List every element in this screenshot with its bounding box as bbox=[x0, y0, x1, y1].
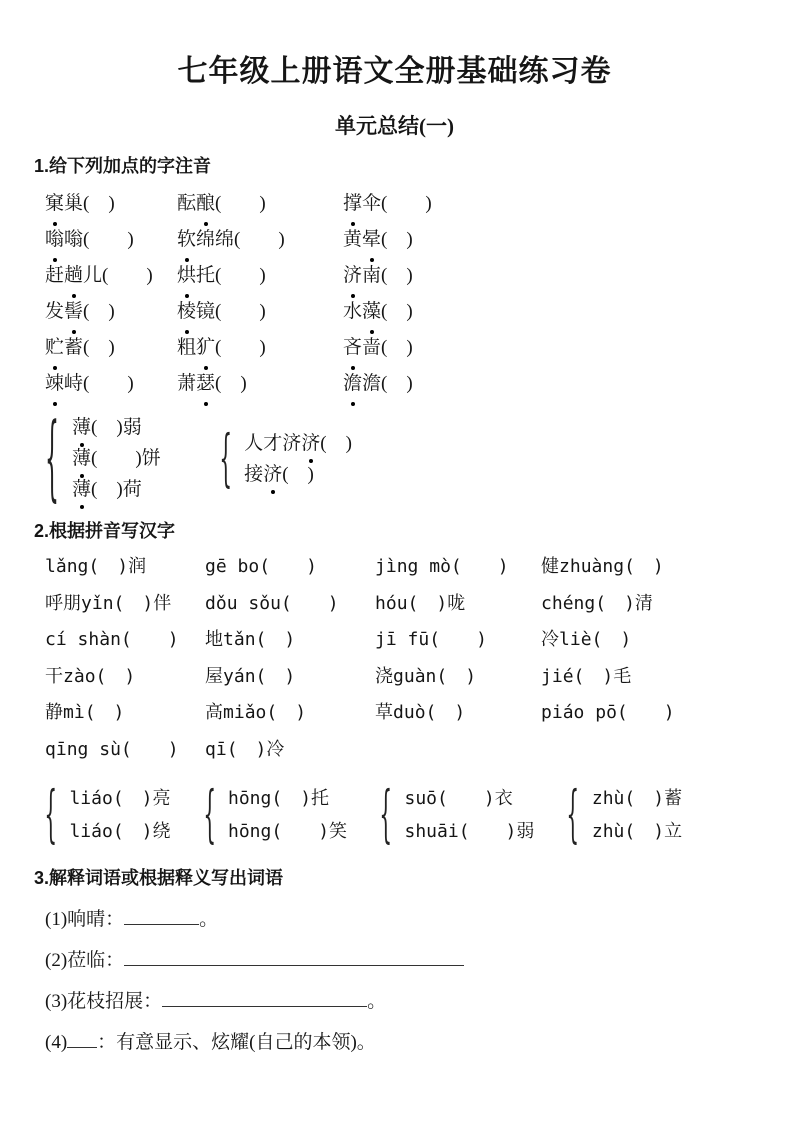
section-3: 3.解释词语或根据释义写出词语 (1)响晴：。(2)莅临：(3)花枝招展：。(4… bbox=[34, 866, 755, 1054]
char: ) bbox=[465, 659, 476, 696]
char: 嗡 bbox=[64, 222, 83, 258]
phrase-text: 烘托( ) bbox=[177, 265, 266, 286]
char: d bbox=[393, 695, 404, 732]
section-3-heading: 3.解释词语或根据释义写出词语 bbox=[34, 866, 755, 890]
char: p bbox=[595, 695, 606, 732]
char: è bbox=[581, 622, 592, 659]
char: ) bbox=[506, 815, 517, 848]
char: ( bbox=[451, 549, 462, 586]
bracket-group: {liáo( )亮liáo( )绕 bbox=[38, 782, 171, 848]
phrase-text: 竦峙( ) bbox=[45, 373, 134, 394]
char bbox=[387, 186, 406, 222]
char: à bbox=[74, 659, 85, 696]
char: à bbox=[415, 659, 426, 696]
phrase-text: 健zhuàng( ) bbox=[541, 556, 664, 577]
emphasis-dot-char: 瑟 bbox=[196, 366, 215, 402]
char: n bbox=[397, 549, 408, 586]
char: u bbox=[581, 549, 592, 586]
char: z bbox=[559, 549, 570, 586]
char: 冷 bbox=[541, 622, 559, 659]
char: ì bbox=[386, 549, 397, 586]
char: o bbox=[102, 782, 113, 815]
char bbox=[387, 258, 406, 294]
phrase-cell: 高miǎo( ) bbox=[205, 695, 375, 732]
section-1-bracket-row: {薄( )弱薄( )饼薄( )荷{人才济济( )接济( ) bbox=[38, 412, 755, 505]
char: u bbox=[415, 782, 426, 815]
char: ) bbox=[624, 586, 635, 623]
char: é bbox=[563, 586, 574, 623]
char: ) bbox=[259, 294, 265, 330]
char: ō bbox=[239, 815, 250, 848]
char: á bbox=[234, 659, 245, 696]
char bbox=[221, 186, 240, 222]
char: ( bbox=[436, 659, 447, 696]
char: ) bbox=[328, 586, 339, 623]
char: ) bbox=[476, 622, 487, 659]
emphasis-dot-char: 犷 bbox=[196, 330, 215, 366]
section-1-heading: 1.给下列加点的字注音 bbox=[34, 154, 755, 178]
char: g bbox=[205, 549, 216, 586]
char: m bbox=[223, 695, 234, 732]
phrase-cell: jī fū( ) bbox=[375, 622, 541, 659]
char bbox=[418, 549, 429, 586]
char: ǐ bbox=[92, 586, 103, 623]
char: ) bbox=[602, 659, 613, 696]
char: j bbox=[375, 549, 386, 586]
bracket-group: {hōng( )托hōng( )笑 bbox=[197, 782, 348, 848]
section-2-bracket-row: {liáo( )亮liáo( )绕{hōng( )托hōng( )笑{suō( … bbox=[38, 782, 755, 848]
char: ) bbox=[124, 659, 135, 696]
phrase-cell: 澹澹( ) bbox=[343, 366, 755, 402]
phrase-cell: 撑伞( ) bbox=[343, 186, 755, 222]
char: ) bbox=[142, 782, 153, 815]
phrase-cell: 黄晕( ) bbox=[343, 222, 755, 258]
char: ( bbox=[227, 732, 238, 769]
phrase-text: 萧瑟( ) bbox=[177, 373, 247, 394]
char: 静 bbox=[45, 695, 63, 732]
phrase-text: 高miǎo( ) bbox=[205, 702, 306, 723]
phrase-cell: qīng sù( ) bbox=[45, 732, 205, 769]
char bbox=[108, 222, 127, 258]
char bbox=[292, 586, 310, 623]
char: ē bbox=[216, 549, 227, 586]
phrase-cell: chéng( )清 bbox=[541, 586, 755, 623]
char bbox=[108, 258, 127, 294]
char: ǒ bbox=[259, 586, 270, 623]
char: d bbox=[205, 586, 216, 623]
char bbox=[277, 695, 295, 732]
char: n bbox=[110, 622, 121, 659]
char bbox=[406, 186, 425, 222]
char: q bbox=[205, 732, 216, 769]
bracket-line: 薄( )荷 bbox=[72, 474, 161, 505]
phrase-cell: jìng mò( ) bbox=[375, 549, 541, 586]
char: h bbox=[228, 782, 239, 815]
char bbox=[240, 222, 259, 258]
char: ) bbox=[308, 459, 314, 490]
phrase-text: 地tǎn( ) bbox=[205, 629, 295, 650]
char bbox=[97, 474, 116, 505]
phrase-text: 赶趟儿( ) bbox=[45, 265, 153, 286]
char: 啬 bbox=[362, 330, 381, 366]
char: h bbox=[88, 622, 99, 659]
char: 草 bbox=[375, 695, 393, 732]
char: ) bbox=[653, 549, 664, 586]
char: é bbox=[563, 659, 574, 696]
phrase-cell: 屋yán( ) bbox=[205, 659, 375, 696]
char: ) bbox=[284, 622, 295, 659]
char bbox=[584, 695, 595, 732]
char: g bbox=[78, 549, 89, 586]
char: ) bbox=[406, 222, 412, 258]
char: 冷 bbox=[266, 732, 284, 769]
char: ù bbox=[614, 815, 625, 848]
char: n bbox=[245, 659, 256, 696]
char bbox=[436, 695, 454, 732]
char: 浇 bbox=[375, 659, 393, 696]
char bbox=[462, 549, 480, 586]
bracket-line: liáo( )绕 bbox=[69, 815, 170, 848]
char: n bbox=[574, 586, 585, 623]
phrase-cell: 干zào( ) bbox=[45, 659, 205, 696]
char: 赶 bbox=[45, 258, 64, 294]
phrase-cell: piáo pō( ) bbox=[541, 695, 755, 732]
char bbox=[387, 294, 406, 330]
char: 水 bbox=[343, 294, 362, 330]
char: á bbox=[563, 695, 574, 732]
char: 饼 bbox=[142, 443, 161, 474]
char bbox=[300, 815, 318, 848]
char: ā bbox=[437, 815, 448, 848]
char: 澹 bbox=[362, 366, 381, 402]
emphasis-dot-char: 竦 bbox=[45, 366, 64, 402]
char bbox=[97, 412, 116, 443]
char bbox=[327, 428, 346, 459]
answer-blank bbox=[124, 905, 199, 925]
char bbox=[132, 622, 150, 659]
char: ) bbox=[318, 815, 329, 848]
char bbox=[221, 258, 240, 294]
bracket-line: zhù( )蓄 bbox=[592, 782, 682, 815]
phrase-cell: 健zhuàng( ) bbox=[541, 549, 755, 586]
char: i bbox=[570, 622, 581, 659]
char: z bbox=[592, 782, 603, 815]
char: ( bbox=[624, 782, 635, 815]
char: t bbox=[223, 622, 234, 659]
char bbox=[88, 732, 99, 769]
phrase-text: 嗡嗡( ) bbox=[45, 229, 134, 250]
char: ( bbox=[88, 549, 99, 586]
char bbox=[240, 186, 259, 222]
phrase-cell: 水藻( ) bbox=[343, 294, 755, 330]
emphasis-dot-char: 软 bbox=[177, 222, 196, 258]
char: ( bbox=[256, 622, 267, 659]
emphasis-dot-char: 髻 bbox=[64, 294, 83, 330]
char: ( bbox=[259, 549, 270, 586]
phrase-cell: 赶趟儿( ) bbox=[45, 258, 177, 294]
phrase-text: hōng( )托 bbox=[228, 788, 329, 809]
char: 朋 bbox=[63, 586, 81, 623]
char: n bbox=[67, 549, 78, 586]
phrase-cell: 粗犷( ) bbox=[177, 330, 343, 366]
char: i bbox=[234, 695, 245, 732]
char: ( bbox=[113, 782, 124, 815]
definition-text: ：有意显示、炫耀(自己的本领)。 bbox=[97, 1032, 376, 1053]
char: ) bbox=[259, 330, 265, 366]
char: ī bbox=[216, 732, 227, 769]
phrase-cell: 窠巢( ) bbox=[45, 186, 177, 222]
char: ) bbox=[653, 782, 664, 815]
char: ) bbox=[454, 695, 465, 732]
char: s bbox=[404, 782, 415, 815]
char: ) bbox=[142, 815, 153, 848]
char: 绕 bbox=[153, 815, 171, 848]
phrase-text: jī fū( ) bbox=[375, 629, 487, 650]
char: 巢 bbox=[64, 186, 83, 222]
phrase-text: 窠巢( ) bbox=[45, 193, 115, 214]
char: ū bbox=[418, 622, 429, 659]
char: ì bbox=[74, 695, 85, 732]
char: 弱 bbox=[516, 815, 534, 848]
char: o bbox=[248, 549, 259, 586]
char: u bbox=[270, 586, 281, 623]
char: n bbox=[426, 659, 437, 696]
char bbox=[221, 366, 240, 402]
phrase-text: suō( )衣 bbox=[404, 788, 512, 809]
char: ) bbox=[484, 782, 495, 815]
char: 健 bbox=[541, 549, 559, 586]
char: ) bbox=[346, 428, 352, 459]
char: 伴 bbox=[153, 586, 171, 623]
char: s bbox=[248, 586, 259, 623]
emphasis-dot-char: 薄 bbox=[72, 412, 91, 443]
char: y bbox=[81, 586, 92, 623]
definition-text: (2)莅临： bbox=[45, 950, 124, 971]
char bbox=[289, 459, 308, 490]
char: ) bbox=[425, 186, 431, 222]
char: 托 bbox=[311, 782, 329, 815]
char bbox=[447, 659, 465, 696]
char: 润 bbox=[128, 549, 146, 586]
char bbox=[132, 732, 150, 769]
char bbox=[97, 443, 116, 474]
char: 人 bbox=[244, 428, 263, 459]
char: ī bbox=[386, 622, 397, 659]
char: s bbox=[78, 622, 89, 659]
phrase-text: 静mì( ) bbox=[45, 702, 124, 723]
char bbox=[397, 622, 408, 659]
phrase-cell: 贮蓄( ) bbox=[45, 330, 177, 366]
char bbox=[488, 815, 506, 848]
char: n bbox=[67, 732, 78, 769]
phrase-text: 酝酿( ) bbox=[177, 193, 266, 214]
phrase-text: qīng sù( ) bbox=[45, 739, 179, 760]
char: ( bbox=[121, 732, 132, 769]
char: ( bbox=[256, 659, 267, 696]
bracket-lines: 人才济济( )接济( ) bbox=[244, 428, 352, 490]
char: o bbox=[102, 815, 113, 848]
char bbox=[89, 366, 108, 402]
char: s bbox=[404, 815, 415, 848]
char bbox=[108, 366, 127, 402]
definition-line: (4)：有意显示、炫耀(自己的本领)。 bbox=[45, 1028, 755, 1054]
char: ) bbox=[108, 294, 114, 330]
char: 托 bbox=[196, 258, 215, 294]
emphasis-dot-char: 济 bbox=[343, 258, 362, 294]
char: 弱 bbox=[123, 412, 142, 443]
worksheet-subtitle: 单元总结(一) bbox=[34, 110, 755, 140]
char bbox=[470, 815, 488, 848]
char: ) bbox=[436, 586, 447, 623]
char: h bbox=[603, 815, 614, 848]
char bbox=[221, 330, 240, 366]
phrase-cell: hóu( )咙 bbox=[375, 586, 541, 623]
phrase-cell bbox=[541, 732, 755, 769]
worksheet-title: 七年级上册语文全册基础练习卷 bbox=[34, 46, 755, 90]
phrase-text: 棱镜( ) bbox=[177, 301, 266, 322]
char: 咙 bbox=[447, 586, 465, 623]
char: h bbox=[415, 815, 426, 848]
char: 萧 bbox=[177, 366, 196, 402]
emphasis-dot-char: 藻 bbox=[362, 294, 381, 330]
char: i bbox=[552, 695, 563, 732]
char: ) bbox=[284, 659, 295, 696]
char: ( bbox=[121, 622, 132, 659]
char: 笑 bbox=[329, 815, 347, 848]
char: 黄 bbox=[343, 222, 362, 258]
phrase-cell: 静mì( ) bbox=[45, 695, 205, 732]
char bbox=[99, 549, 117, 586]
char: ) bbox=[300, 782, 311, 815]
char bbox=[635, 815, 653, 848]
char: c bbox=[45, 622, 56, 659]
char bbox=[387, 222, 406, 258]
char bbox=[89, 222, 108, 258]
char: u bbox=[426, 815, 437, 848]
left-brace-icon: { bbox=[203, 779, 216, 850]
char: ) bbox=[306, 549, 317, 586]
phrase-cell: 软绵绵( ) bbox=[177, 222, 343, 258]
char bbox=[89, 330, 108, 366]
char: n bbox=[103, 586, 114, 623]
char bbox=[288, 549, 306, 586]
char: o bbox=[256, 695, 267, 732]
char: 毛 bbox=[613, 659, 631, 696]
bracket-lines: 薄( )弱薄( )饼薄( )荷 bbox=[72, 412, 161, 505]
char: 接 bbox=[244, 459, 263, 490]
char: ǎ bbox=[56, 549, 67, 586]
phrase-text: 冷liè( ) bbox=[541, 629, 631, 650]
char: ( bbox=[426, 695, 437, 732]
phrase-text: 粗犷( ) bbox=[177, 337, 266, 358]
bracket-line: liáo( )亮 bbox=[69, 782, 170, 815]
char: ) bbox=[278, 222, 284, 258]
phrase-text: hōng( )笑 bbox=[228, 821, 347, 842]
char: 峙 bbox=[64, 366, 83, 402]
char: ) bbox=[146, 258, 152, 294]
char bbox=[150, 732, 168, 769]
char: 屋 bbox=[205, 659, 223, 696]
char: ( bbox=[595, 586, 606, 623]
char: ō bbox=[606, 695, 617, 732]
bracket-lines: zhù( )蓄zhù( )立 bbox=[592, 782, 682, 848]
section-3-lines: (1)响晴：。(2)莅临：(3)花枝招展：。(4)：有意显示、炫耀(自己的本领)… bbox=[34, 905, 755, 1054]
char bbox=[266, 622, 284, 659]
char: l bbox=[69, 782, 80, 815]
char bbox=[440, 622, 458, 659]
emphasis-dot-char: 济 bbox=[301, 428, 320, 459]
phrase-text: 薄( )荷 bbox=[72, 479, 142, 500]
char bbox=[458, 622, 476, 659]
char: m bbox=[429, 549, 440, 586]
bracket-line: 接济( ) bbox=[244, 459, 352, 490]
phrase-text: 接济( ) bbox=[244, 464, 314, 485]
char: ( bbox=[113, 815, 124, 848]
char: ( bbox=[96, 659, 107, 696]
char bbox=[240, 294, 259, 330]
phrase-text: 屋yán( ) bbox=[205, 666, 295, 687]
phrase-text: 软绵绵( ) bbox=[177, 229, 285, 250]
char: ) bbox=[620, 622, 631, 659]
emphasis-dot-char: 吝 bbox=[343, 330, 362, 366]
bracket-line: zhù( )立 bbox=[592, 815, 682, 848]
char: f bbox=[408, 622, 419, 659]
char: ( bbox=[617, 695, 628, 732]
emphasis-dot-char: 薄 bbox=[72, 443, 91, 474]
char: ( bbox=[266, 695, 277, 732]
char: u bbox=[397, 586, 408, 623]
char: ō bbox=[239, 782, 250, 815]
char: h bbox=[375, 586, 386, 623]
char: 立 bbox=[664, 815, 682, 848]
char: h bbox=[228, 815, 239, 848]
phrase-text: 济南( ) bbox=[343, 265, 413, 286]
phrase-cell: 发髻( ) bbox=[45, 294, 177, 330]
phrase-text: 人才济济( ) bbox=[244, 433, 352, 454]
emphasis-dot-char: 酿 bbox=[196, 186, 215, 222]
char bbox=[238, 586, 249, 623]
char bbox=[282, 815, 300, 848]
char bbox=[89, 294, 108, 330]
char: à bbox=[592, 549, 603, 586]
emphasis-dot-char: 晕 bbox=[362, 222, 381, 258]
char: à bbox=[99, 622, 110, 659]
phrase-text: dǒu sǒu( ) bbox=[205, 593, 339, 614]
bracket-lines: suō( )衣shuāi( )弱 bbox=[404, 782, 534, 848]
phrase-text: liáo( )绕 bbox=[69, 821, 170, 842]
char: ) bbox=[127, 222, 133, 258]
char: h bbox=[570, 549, 581, 586]
char: ) bbox=[259, 186, 265, 222]
char: 高 bbox=[205, 695, 223, 732]
char: 绵 bbox=[215, 222, 234, 258]
char bbox=[240, 258, 259, 294]
definition-line: (1)响晴：。 bbox=[45, 905, 755, 931]
definition-line: (3)花枝招展：。 bbox=[45, 987, 755, 1013]
bracket-line: shuāi( )弱 bbox=[404, 815, 534, 848]
char: ) bbox=[406, 294, 412, 330]
bracket-line: 薄( )饼 bbox=[72, 443, 161, 474]
char: i bbox=[80, 782, 91, 815]
phrase-text: 吝啬( ) bbox=[343, 337, 413, 358]
char bbox=[282, 782, 300, 815]
emphasis-dot-char: 贮 bbox=[45, 330, 64, 366]
char: 才 bbox=[263, 428, 282, 459]
phrase-cell: 烘托( ) bbox=[177, 258, 343, 294]
char bbox=[221, 294, 240, 330]
char: 蓄 bbox=[664, 782, 682, 815]
char: 蓄 bbox=[64, 330, 83, 366]
